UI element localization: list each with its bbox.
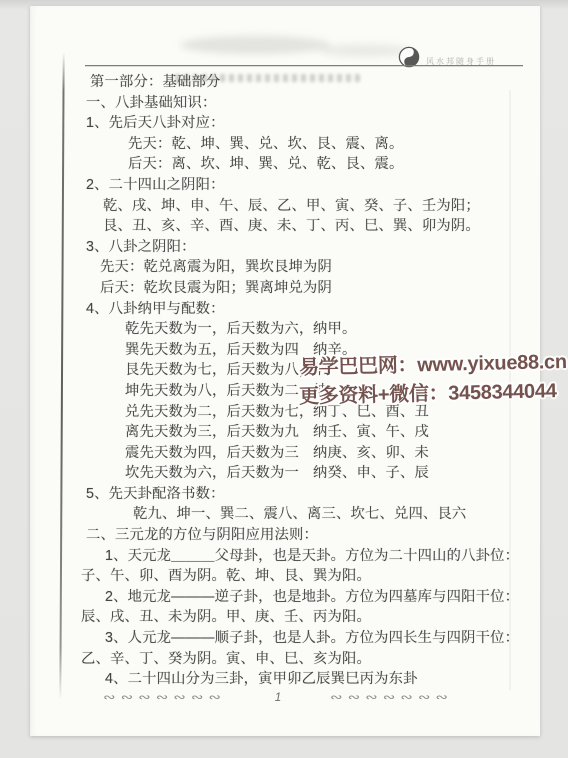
najia-stems: 纳辛。 [313,340,357,361]
najia-stems: 纳庚、亥、卯、未 [313,443,429,464]
footer-swirl-left: ∾∾∾∾∾∾∾ [103,690,226,704]
scan-smudge-blob [320,44,410,57]
doc-line: 乾九、坤一、巽二、震八、离三、坎七、兑四、艮六 [0,504,568,525]
part-title: 第一部分：基础部分 [0,72,568,93]
scanned-document-screenshot: { "header": { "brand_text": "风水邦随身手册", "… [0,0,568,758]
doc-line: 4、八卦纳甲与配数： [0,299,568,320]
page-number: 1 [271,690,286,704]
najia-row: 乾先天数为一，后天数为六，纳甲。 [0,319,568,340]
doc-line: 3、八卦之阴阳： [0,237,568,258]
najia-numbers: 兑先天数为二，后天数为七， [125,402,313,423]
doc-line: 二、三元龙的方位与阴阳应用法则： [0,525,568,546]
najia-numbers: 乾先天数为一，后天数为六， [125,319,313,340]
najia-stems: 纳丁、巳、酉、丑 [313,402,429,423]
najia-row: 坤先天数为八，后天数为二纳 [0,381,568,402]
najia-numbers: 巽先天数为五，后天数为四 [125,340,313,361]
najia-numbers: 艮先天数为七，后天数为八， [125,360,313,381]
header-rule [85,65,523,66]
doc-line: 1、先后天八卦对应： [0,113,568,134]
najia-numbers: 坤先天数为八，后天数为二 [125,381,313,402]
najia-row: 巽先天数为五，后天数为四纳辛。 [0,340,568,361]
doc-line: 先天：乾、坤、巽、兑、坎、艮、震、离。 [0,134,568,155]
scan-smudge-blob [180,36,330,54]
najia-row: 离先天数为三，后天数为九纳壬、寅、午、戌 [0,422,568,443]
doc-line: 2、地元龙———逆子卦，也是地卦。方位为四墓库与四阳干位： [0,587,568,608]
najia-stems: 纳壬、寅、午、戌 [313,422,429,443]
doc-line: 辰、戌、丑、未为阴。甲、庚、壬、丙为阳。 [0,607,568,628]
doc-line: 3、人元龙———顺子卦，也是人卦。方位为四长生与四阴干位： [0,628,568,649]
najia-row: 坎先天数为六，后天数为一纳癸、申、子、辰 [0,463,568,484]
doc-line: 艮、丑、亥、辛、酉、庚、未、丁、丙、巳、巽、卯为阴。 [0,216,568,237]
najia-numbers: 离先天数为三，后天数为九 [125,422,313,443]
doc-line: 乙、辛、丁、癸为阴。寅、申、巳、亥为阳。 [0,649,568,670]
najia-row: 艮先天数为七，后天数为八，纳 [0,360,568,381]
doc-line: 子、午、卯、酉为阴。乾、坤、艮、巽为阳。 [0,566,568,587]
doc-line: 一、八卦基础知识： [0,93,568,114]
doc-line: 后天：离、坎、坤、巽、兑、乾、艮、震。 [0,154,568,175]
document-body: 第一部分：基础部分 一、八卦基础知识： 1、先后天八卦对应： 先天：乾、坤、巽、… [0,72,568,690]
najia-numbers: 坎先天数为六，后天数为一 [125,463,313,484]
najia-stems: 纳癸、申、子、辰 [313,463,429,484]
doc-line: 乾、戌、坤、申、午、辰、乙、甲、寅、癸、子、壬为阳； [0,196,568,217]
najia-numbers: 震先天数为四，后天数为三 [125,443,313,464]
najia-row: 兑先天数为二，后天数为七，纳丁、巳、酉、丑 [0,402,568,423]
footer-swirl-right: ∾∾∾∾∾∾∾ [330,690,453,704]
najia-stems: 纳甲。 [313,319,357,340]
doc-line: 5、先天卦配洛书数： [0,484,568,505]
doc-line: 2、二十四山之阴阳： [0,175,568,196]
doc-line: 先天：乾兑离震为阳，巽坎艮坤为阴 [0,257,568,278]
doc-line: 1、天元龙＿＿＿父母卦，也是天卦。方位为二十四山的八卦位： [0,546,568,567]
najia-row: 震先天数为四，后天数为三纳庚、亥、卯、未 [0,443,568,464]
najia-stems: 纳 [313,360,328,381]
najia-stems: 纳 [313,381,328,402]
doc-line: 后天：乾坎艮震为阳；巽离坤兑为阴 [0,278,568,299]
footer-ornament: ∾∾∾∾∾∾∾ 1 ∾∾∾∾∾∾∾ [103,687,453,707]
